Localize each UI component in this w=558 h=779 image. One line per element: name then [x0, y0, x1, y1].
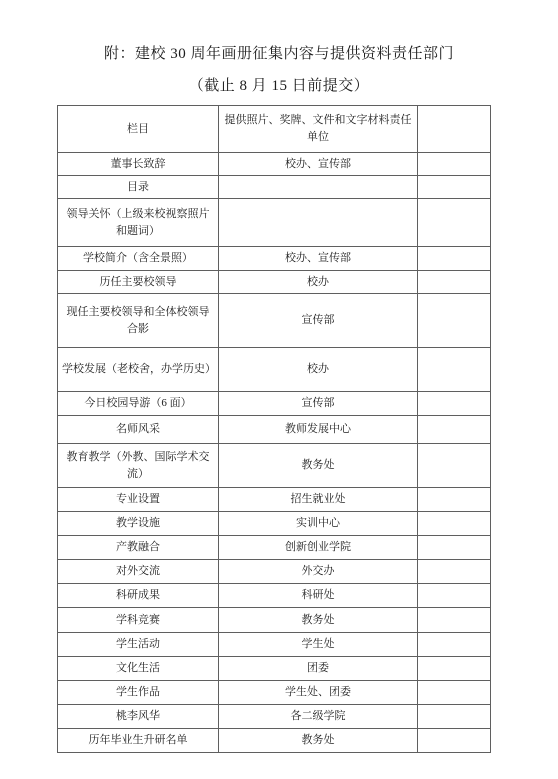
- table-row: 对外交流外交办: [58, 560, 491, 584]
- column-cell: 专业设置: [58, 488, 219, 512]
- department-cell: 团委: [219, 657, 418, 681]
- department-cell: 学生处: [219, 633, 418, 657]
- column-cell: 栏目: [58, 106, 219, 153]
- table-row: 领导关怀（上级来校视察照片和题词）: [58, 199, 491, 247]
- note-cell: [418, 657, 491, 681]
- table-row: 现任主要校领导和全体校领导合影宣传部: [58, 294, 491, 348]
- column-cell: 名师风采: [58, 416, 219, 444]
- department-cell: 科研处: [219, 584, 418, 608]
- note-cell: [418, 416, 491, 444]
- table-row: 目录: [58, 176, 491, 199]
- table-row: 历任主要校领导校办: [58, 271, 491, 294]
- title-line-1: 附：建校 30 周年画册征集内容与提供资料责任部门: [0, 45, 558, 63]
- column-cell: 领导关怀（上级来校视察照片和题词）: [58, 199, 219, 247]
- table-row: 栏目提供照片、奖牌、文件和文字材料责任单位: [58, 106, 491, 153]
- column-cell: 学生作品: [58, 681, 219, 705]
- column-cell: 历年毕业生升研名单: [58, 729, 219, 753]
- note-cell: [418, 392, 491, 416]
- table-row: 历年毕业生升研名单教务处: [58, 729, 491, 753]
- table-row: 学校发展（老校舍，办学历史）校办: [58, 348, 491, 392]
- note-cell: [418, 705, 491, 729]
- note-cell: [418, 444, 491, 488]
- note-cell: [418, 584, 491, 608]
- note-cell: [418, 536, 491, 560]
- department-cell: 各二级学院: [219, 705, 418, 729]
- note-cell: [418, 729, 491, 753]
- note-cell: [418, 348, 491, 392]
- column-cell: 文化生活: [58, 657, 219, 681]
- column-cell: 教育教学（外教、国际学术交流）: [58, 444, 219, 488]
- column-cell: 目录: [58, 176, 219, 199]
- note-cell: [418, 271, 491, 294]
- column-cell: 董事长致辞: [58, 153, 219, 176]
- column-cell: 学科竞赛: [58, 608, 219, 633]
- department-cell: [219, 176, 418, 199]
- department-cell: 招生就业处: [219, 488, 418, 512]
- note-cell: [418, 199, 491, 247]
- table-row: 学生活动学生处: [58, 633, 491, 657]
- department-cell: 教务处: [219, 444, 418, 488]
- column-cell: 桃李风华: [58, 705, 219, 729]
- document-title: 附：建校 30 周年画册征集内容与提供资料责任部门 （截止 8 月 15 日前提…: [0, 0, 558, 95]
- column-cell: 学校简介（含全景照）: [58, 247, 219, 271]
- department-cell: 提供照片、奖牌、文件和文字材料责任单位: [219, 106, 418, 153]
- department-cell: 外交办: [219, 560, 418, 584]
- note-cell: [418, 560, 491, 584]
- department-cell: 实训中心: [219, 512, 418, 536]
- column-cell: 教学设施: [58, 512, 219, 536]
- title-line-2: （截止 8 月 15 日前提交）: [0, 77, 558, 95]
- note-cell: [418, 176, 491, 199]
- table-row: 今日校园导游（6 面）宣传部: [58, 392, 491, 416]
- department-cell: [219, 199, 418, 247]
- note-cell: [418, 106, 491, 153]
- note-cell: [418, 512, 491, 536]
- note-cell: [418, 681, 491, 705]
- department-cell: 校办、宣传部: [219, 153, 418, 176]
- content-table-body: 栏目提供照片、奖牌、文件和文字材料责任单位董事长致辞校办、宣传部目录领导关怀（上…: [58, 106, 491, 753]
- note-cell: [418, 247, 491, 271]
- department-cell: 创新创业学院: [219, 536, 418, 560]
- column-cell: 今日校园导游（6 面）: [58, 392, 219, 416]
- column-cell: 产教融合: [58, 536, 219, 560]
- table-row: 教学设施实训中心: [58, 512, 491, 536]
- note-cell: [418, 294, 491, 348]
- table-row: 董事长致辞校办、宣传部: [58, 153, 491, 176]
- table-row: 学生作品学生处、团委: [58, 681, 491, 705]
- column-cell: 学生活动: [58, 633, 219, 657]
- note-cell: [418, 608, 491, 633]
- table-row: 专业设置招生就业处: [58, 488, 491, 512]
- department-cell: 教师发展中心: [219, 416, 418, 444]
- table-row: 教育教学（外教、国际学术交流）教务处: [58, 444, 491, 488]
- department-cell: 学生处、团委: [219, 681, 418, 705]
- department-cell: 教务处: [219, 729, 418, 753]
- note-cell: [418, 633, 491, 657]
- document-page: 附：建校 30 周年画册征集内容与提供资料责任部门 （截止 8 月 15 日前提…: [0, 0, 558, 779]
- department-cell: 宣传部: [219, 294, 418, 348]
- column-cell: 现任主要校领导和全体校领导合影: [58, 294, 219, 348]
- department-cell: 教务处: [219, 608, 418, 633]
- table-row: 学科竞赛教务处: [58, 608, 491, 633]
- table-row: 学校简介（含全景照）校办、宣传部: [58, 247, 491, 271]
- department-cell: 宣传部: [219, 392, 418, 416]
- department-cell: 校办: [219, 348, 418, 392]
- column-cell: 科研成果: [58, 584, 219, 608]
- note-cell: [418, 488, 491, 512]
- table-row: 产教融合创新创业学院: [58, 536, 491, 560]
- department-cell: 校办、宣传部: [219, 247, 418, 271]
- table-row: 桃李风华各二级学院: [58, 705, 491, 729]
- department-cell: 校办: [219, 271, 418, 294]
- column-cell: 学校发展（老校舍，办学历史）: [58, 348, 219, 392]
- table-row: 文化生活团委: [58, 657, 491, 681]
- column-cell: 历任主要校领导: [58, 271, 219, 294]
- table-row: 名师风采教师发展中心: [58, 416, 491, 444]
- table-row: 科研成果科研处: [58, 584, 491, 608]
- column-cell: 对外交流: [58, 560, 219, 584]
- note-cell: [418, 153, 491, 176]
- content-table: 栏目提供照片、奖牌、文件和文字材料责任单位董事长致辞校办、宣传部目录领导关怀（上…: [57, 105, 491, 753]
